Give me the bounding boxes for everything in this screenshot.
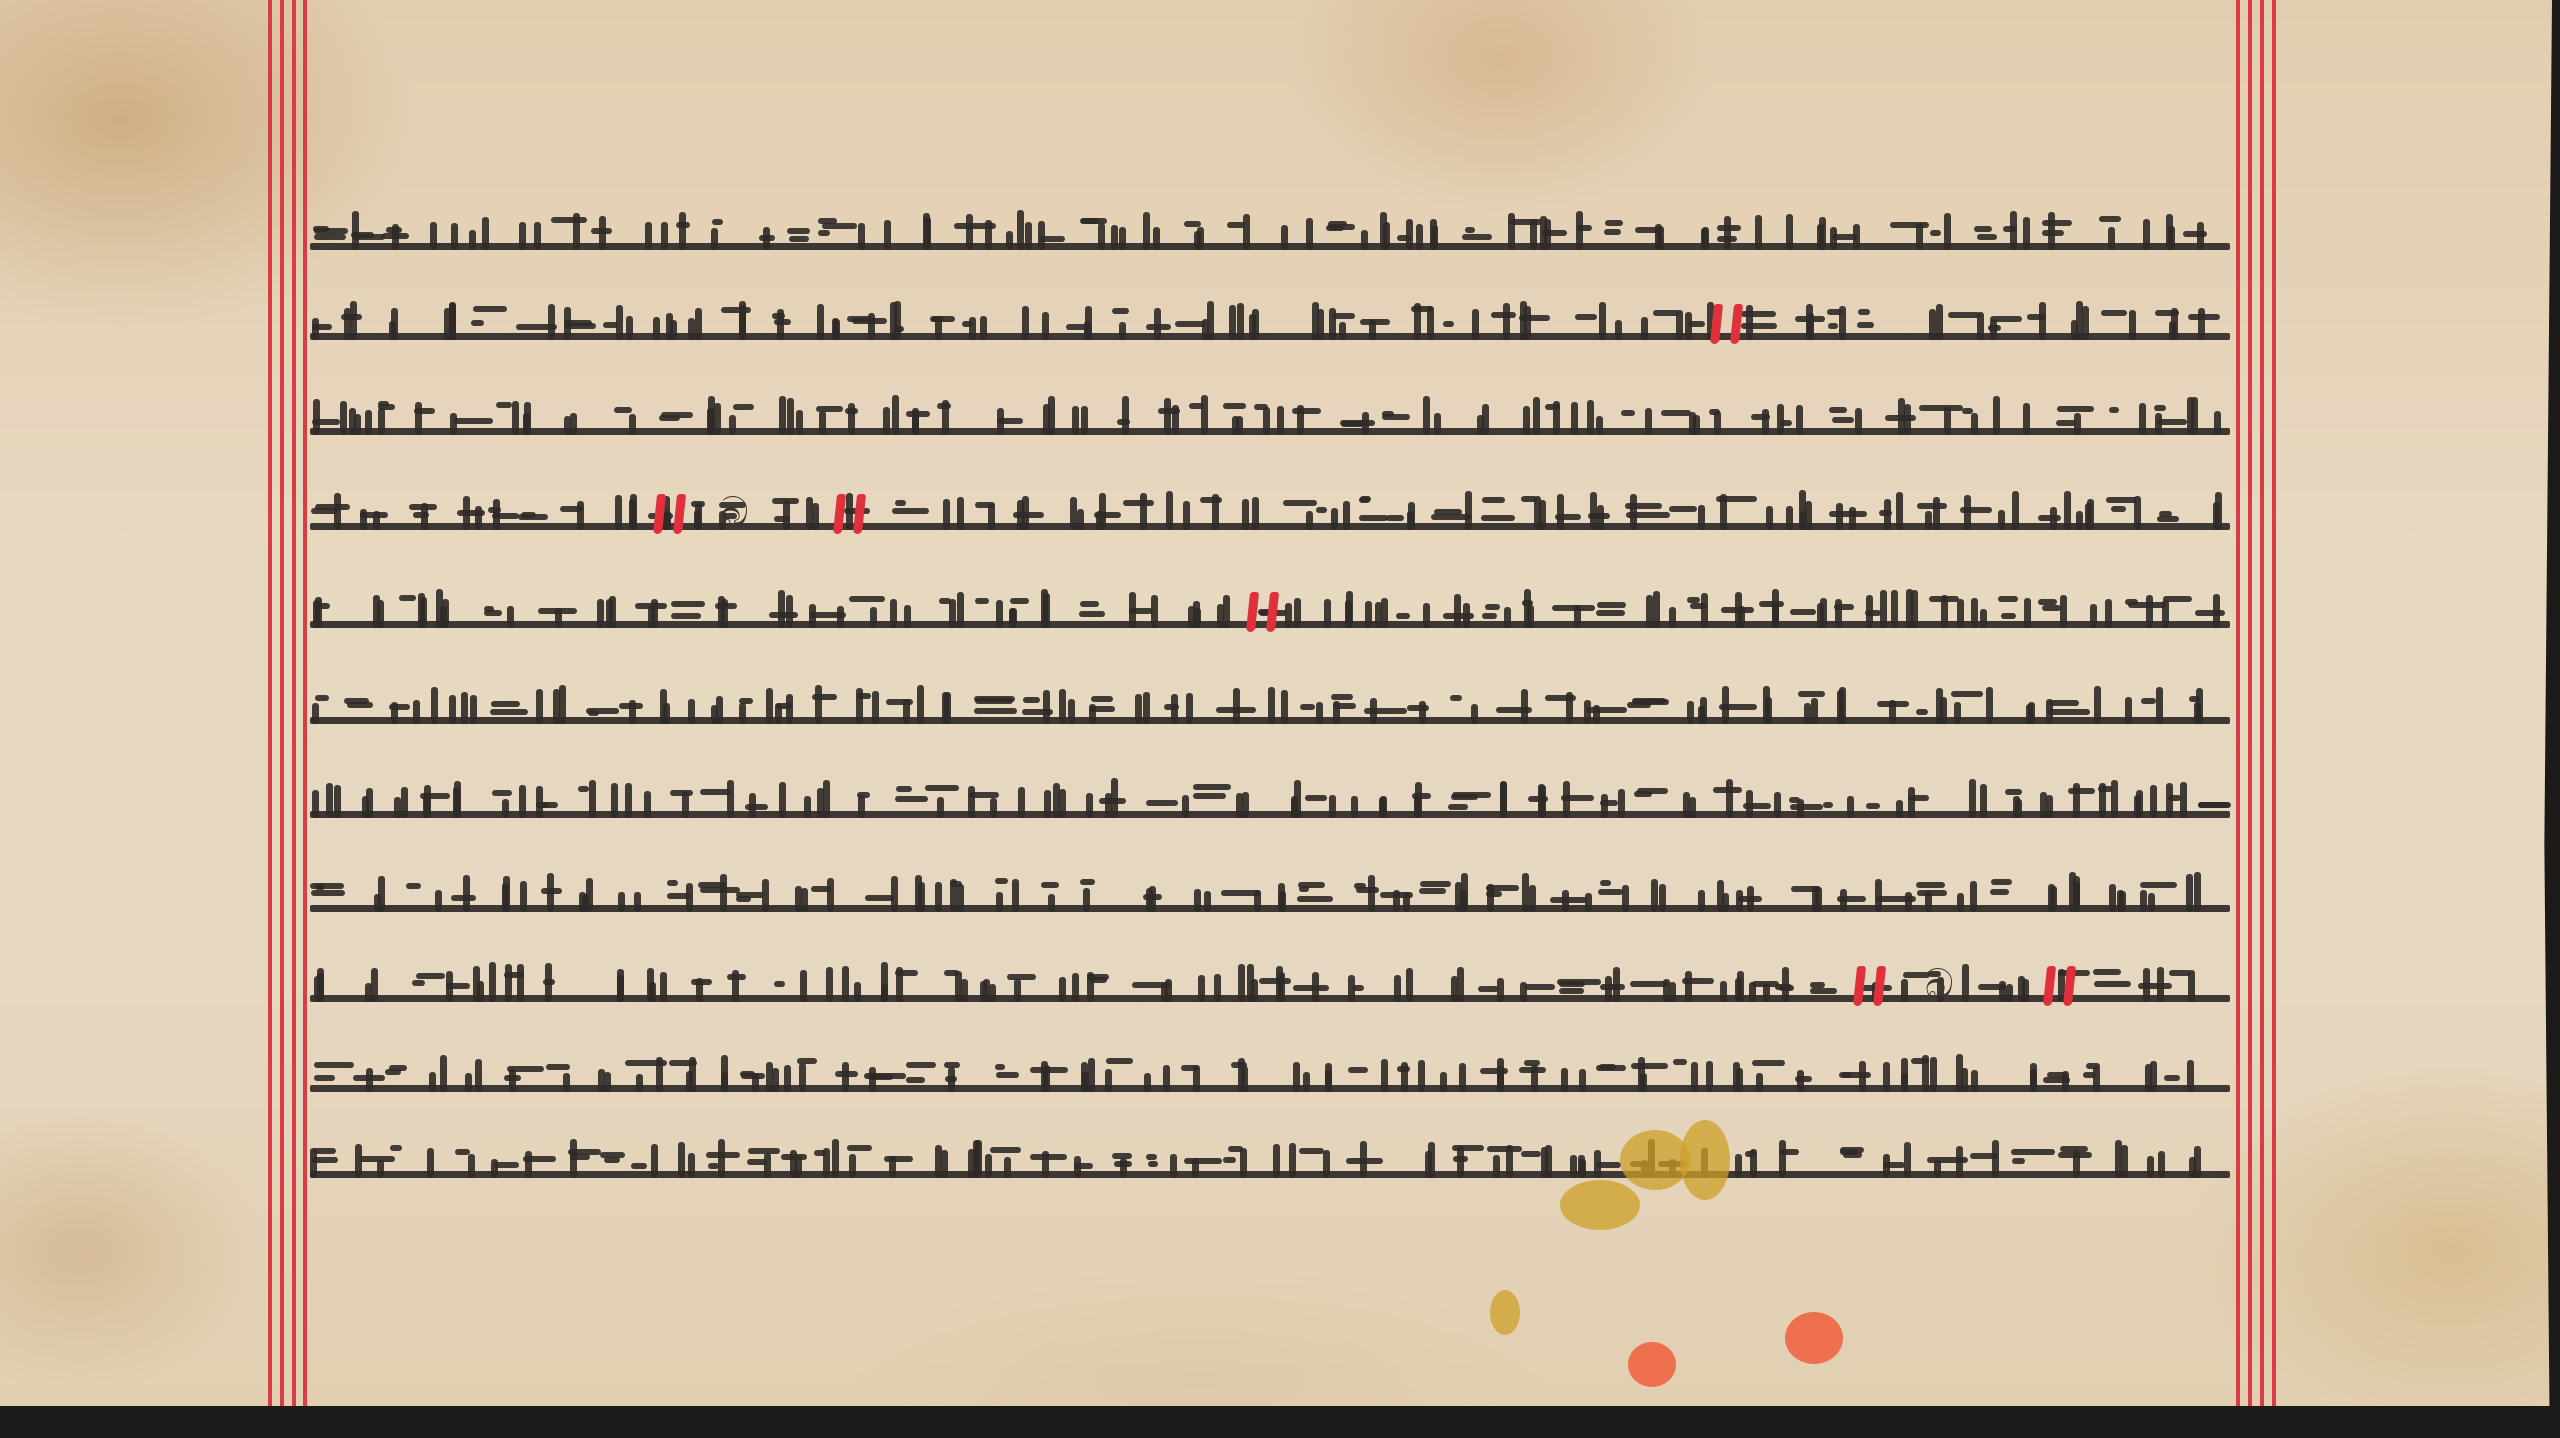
script-glyph	[811, 878, 849, 918]
script-glyph	[1550, 878, 1596, 918]
script-line	[310, 1052, 2230, 1098]
script-glyph	[1265, 1144, 1298, 1184]
script-glyph	[1183, 216, 1213, 256]
script-glyph	[1486, 306, 1516, 346]
script-glyph	[1071, 1058, 1101, 1098]
script-glyph	[2184, 306, 2216, 346]
script-glyph	[700, 401, 728, 441]
script-glyph	[419, 1058, 453, 1098]
script-glyph	[1776, 1144, 1823, 1184]
script-glyph	[2192, 594, 2230, 634]
script-glyph	[1462, 216, 1504, 256]
script-glyph	[2169, 968, 2216, 1008]
script-glyph	[1711, 784, 1743, 824]
script-glyph	[536, 878, 565, 918]
script-glyph	[1441, 594, 1480, 634]
script-glyph	[383, 1058, 419, 1098]
script-glyph	[848, 594, 887, 634]
script-glyph	[1951, 878, 1988, 918]
script-glyph	[1759, 690, 1792, 730]
script-glyph	[1790, 1058, 1836, 1098]
script-glyph	[565, 878, 602, 918]
script-glyph	[2142, 216, 2182, 256]
script-glyph	[1906, 306, 1945, 346]
script-glyph	[1945, 306, 1987, 346]
script-glyph	[1447, 784, 1495, 824]
script-glyph	[2111, 1058, 2158, 1098]
script-line	[310, 490, 2230, 536]
script-glyph	[1973, 216, 2001, 256]
script-glyph	[1091, 496, 1120, 536]
script-glyph	[1239, 496, 1280, 536]
script-glyph	[1833, 878, 1874, 918]
script-glyph	[1395, 216, 1424, 256]
script-glyph	[1874, 878, 1914, 918]
script-glyph	[644, 216, 672, 256]
script-glyph	[738, 690, 774, 730]
script-glyph	[777, 1144, 808, 1184]
script-glyph	[774, 690, 809, 730]
script-glyph	[973, 690, 1020, 730]
script-glyph	[532, 784, 578, 824]
script-glyph	[2122, 784, 2166, 824]
script-glyph	[1037, 216, 1079, 256]
script-glyph	[1551, 594, 1595, 634]
script-glyph	[1825, 496, 1874, 536]
script-line	[310, 300, 2230, 346]
script-glyph	[310, 216, 348, 256]
right-margin-rule	[2248, 0, 2252, 1406]
script-glyph	[590, 216, 630, 256]
script-glyph	[1358, 690, 1404, 730]
script-glyph	[1960, 401, 1993, 441]
script-glyph	[704, 1144, 743, 1184]
script-glyph	[2189, 690, 2229, 730]
script-glyph	[310, 784, 345, 824]
script-glyph	[1914, 878, 1951, 918]
script-glyph	[1860, 594, 1889, 634]
script-glyph	[972, 968, 1005, 1008]
script-glyph	[453, 1144, 489, 1184]
script-glyph	[1792, 690, 1821, 730]
script-glyph	[1480, 594, 1522, 634]
script-glyph	[1865, 784, 1908, 824]
script-glyph	[1313, 1058, 1347, 1098]
yellow-stain	[1560, 1180, 1640, 1230]
script-glyph	[1120, 496, 1159, 536]
script-glyph	[1953, 594, 1997, 634]
script-glyph	[2073, 496, 2106, 536]
script-glyph	[922, 1144, 951, 1184]
script-glyph	[1617, 401, 1661, 441]
script-glyph	[1517, 496, 1552, 536]
script-glyph	[854, 216, 895, 256]
script-glyph	[906, 1058, 939, 1098]
script-glyph	[471, 968, 502, 1008]
script-glyph	[2004, 784, 2032, 824]
script-glyph	[310, 1058, 351, 1098]
script-glyph	[770, 968, 818, 1008]
script-glyph	[1747, 401, 1775, 441]
script-glyph	[2064, 784, 2093, 824]
script-glyph	[874, 401, 904, 441]
script-glyph	[1873, 496, 1913, 536]
script-glyph	[1385, 496, 1416, 536]
script-glyph	[1672, 1058, 1717, 1098]
script-glyph	[1143, 1144, 1183, 1184]
script-glyph	[1507, 401, 1544, 441]
script-glyph	[390, 1144, 439, 1184]
script-glyph	[1161, 690, 1199, 730]
script-glyph	[778, 878, 812, 918]
script-glyph	[671, 216, 709, 256]
script-glyph	[1544, 401, 1586, 441]
script-glyph	[884, 690, 933, 730]
script-glyph	[1743, 784, 1789, 824]
script-glyph	[663, 878, 696, 918]
script-glyph	[451, 784, 489, 824]
script-glyph	[1642, 878, 1688, 918]
script-glyph	[345, 784, 388, 824]
script-glyph	[817, 216, 854, 256]
script-glyph	[2161, 594, 2192, 634]
script-glyph	[2094, 216, 2142, 256]
script-glyph	[2193, 784, 2230, 824]
script-glyph	[2054, 401, 2093, 441]
script-glyph	[363, 878, 404, 918]
script-glyph	[1633, 784, 1672, 824]
script-glyph	[310, 306, 341, 346]
script-glyph	[1495, 690, 1544, 730]
script-glyph	[1293, 968, 1333, 1008]
script-glyph	[2122, 594, 2161, 634]
script-glyph	[1438, 1058, 1476, 1098]
script-glyph	[806, 594, 848, 634]
script-glyph	[1294, 878, 1336, 918]
script-glyph	[735, 1058, 763, 1098]
script-glyph	[1574, 216, 1604, 256]
script-glyph	[984, 1144, 1030, 1184]
right-margin-rule	[2236, 0, 2240, 1406]
script-glyph	[2146, 1144, 2182, 1184]
script-glyph	[1025, 1058, 1071, 1098]
script-glyph	[1880, 401, 1914, 441]
script-glyph	[791, 784, 840, 824]
script-glyph	[939, 1058, 980, 1098]
left-margin-rule	[292, 0, 296, 1406]
script-glyph	[1796, 496, 1825, 536]
script-glyph	[1685, 216, 1715, 256]
script-glyph	[2043, 690, 2092, 730]
script-glyph	[398, 594, 432, 634]
script-glyph	[1076, 878, 1125, 918]
script-glyph	[1909, 1058, 1950, 1098]
script-glyph	[1796, 216, 1830, 256]
script-glyph	[1993, 401, 2041, 441]
script-glyph	[743, 1144, 777, 1184]
script-glyph	[863, 1058, 906, 1098]
script-glyph	[779, 401, 814, 441]
script-glyph	[688, 968, 726, 1008]
script-glyph	[1756, 496, 1796, 536]
script-glyph	[618, 690, 652, 730]
script-glyph	[1226, 216, 1274, 256]
script-glyph	[969, 496, 1013, 536]
script-glyph	[1281, 306, 1328, 346]
script-line	[310, 778, 2230, 824]
script-glyph	[351, 1058, 383, 1098]
script-glyph	[1020, 690, 1057, 730]
script-glyph	[1753, 594, 1787, 634]
script-glyph	[2033, 496, 2073, 536]
script-glyph	[832, 1058, 863, 1098]
script-glyph	[696, 878, 736, 918]
script-glyph	[1144, 784, 1190, 824]
script-glyph	[907, 878, 944, 918]
script-glyph	[763, 1058, 795, 1098]
script-glyph	[310, 496, 346, 536]
script-glyph	[1708, 968, 1747, 1008]
script-glyph	[846, 306, 889, 346]
script-glyph	[2182, 1144, 2212, 1184]
script-glyph	[1057, 690, 1085, 730]
script-glyph	[341, 306, 371, 346]
script-glyph	[756, 216, 787, 256]
script-glyph	[1437, 306, 1486, 346]
script-glyph	[1378, 878, 1418, 918]
script-glyph	[1323, 216, 1357, 256]
script-glyph	[1837, 1144, 1879, 1184]
script-glyph	[938, 496, 969, 536]
script-glyph	[2177, 878, 2216, 918]
script-glyph	[1222, 1144, 1265, 1184]
script-glyph	[1912, 690, 1948, 730]
script-glyph	[1555, 1144, 1590, 1184]
script-glyph	[1898, 968, 1927, 1008]
script-line	[310, 395, 2230, 441]
script-glyph	[1315, 496, 1355, 536]
script-glyph	[699, 784, 745, 824]
script-glyph	[1340, 401, 1377, 441]
script-glyph	[1752, 216, 1797, 256]
script-glyph	[2105, 878, 2137, 918]
script-glyph	[1476, 968, 1520, 1008]
script-glyph	[565, 1144, 599, 1184]
script-glyph	[961, 306, 1000, 346]
script-glyph	[1030, 1144, 1070, 1184]
script-glyph	[2107, 401, 2153, 441]
script-glyph	[1013, 496, 1058, 536]
script-glyph	[1830, 216, 1875, 256]
script-glyph	[842, 401, 874, 441]
script-glyph	[1676, 968, 1708, 1008]
script-glyph	[851, 690, 884, 730]
script-glyph	[1552, 1058, 1595, 1098]
script-glyph	[2055, 1144, 2104, 1184]
script-glyph	[1407, 1144, 1449, 1184]
script-glyph	[1975, 968, 2017, 1008]
script-glyph	[1449, 1144, 1482, 1184]
script-glyph	[1857, 306, 1906, 346]
orange-stain	[1785, 1312, 1843, 1364]
script-glyph	[1213, 690, 1259, 730]
script-glyph	[1350, 784, 1392, 824]
script-glyph	[1447, 690, 1495, 730]
script-glyph	[2078, 594, 2122, 634]
script-glyph	[1713, 690, 1759, 730]
script-glyph	[975, 594, 1008, 634]
script-glyph	[543, 1058, 576, 1098]
script-glyph	[533, 594, 574, 634]
script-glyph	[1197, 496, 1239, 536]
script-glyph	[1478, 496, 1518, 536]
script-glyph	[808, 1144, 845, 1184]
script-glyph	[1519, 968, 1555, 1008]
script-glyph	[2054, 306, 2097, 346]
script-glyph	[725, 968, 769, 1008]
script-glyph	[518, 496, 556, 536]
script-glyph	[963, 784, 1005, 824]
script-glyph	[421, 690, 460, 730]
script-glyph	[1053, 784, 1097, 824]
script-glyph	[489, 1144, 518, 1184]
script-glyph	[813, 401, 842, 441]
script-glyph	[2153, 496, 2196, 536]
script-glyph	[927, 306, 961, 346]
script-glyph	[1907, 784, 1956, 824]
script-glyph	[682, 306, 719, 346]
script-glyph	[1667, 496, 1714, 536]
script-glyph	[385, 306, 424, 346]
script-glyph	[1968, 1144, 2007, 1184]
script-glyph	[1794, 306, 1826, 346]
script-glyph	[1078, 216, 1110, 256]
script-glyph	[420, 216, 468, 256]
script-glyph	[1929, 216, 1959, 256]
script-glyph	[1223, 968, 1260, 1008]
script-glyph	[1008, 594, 1036, 634]
script-glyph	[1552, 496, 1583, 536]
script-glyph	[412, 401, 448, 441]
script-glyph	[2166, 784, 2194, 824]
script-glyph	[795, 1058, 832, 1098]
yellow-stain	[1680, 1120, 1730, 1200]
script-glyph	[1688, 878, 1736, 918]
right-margin-rule	[2272, 0, 2276, 1406]
script-glyph	[2097, 306, 2141, 346]
script-glyph	[512, 216, 547, 256]
script-glyph	[378, 401, 413, 441]
script-glyph	[2020, 878, 2061, 918]
script-glyph	[2042, 1058, 2080, 1098]
script-glyph	[1183, 1144, 1222, 1184]
script-glyph	[1822, 784, 1865, 824]
script-glyph	[745, 784, 791, 824]
script-glyph	[1455, 878, 1483, 918]
script-glyph	[1360, 306, 1409, 346]
script-glyph	[771, 496, 805, 536]
script-glyph	[353, 968, 397, 1008]
script-glyph	[386, 690, 421, 730]
script-glyph	[1259, 690, 1296, 730]
script-glyph	[1913, 401, 1960, 441]
script-glyph	[1280, 1058, 1313, 1098]
script-glyph	[310, 968, 353, 1008]
script-glyph	[349, 401, 378, 441]
manuscript-folio: බබ Aged manuscript leaf with eleven line…	[0, 0, 2552, 1406]
script-glyph	[341, 690, 386, 730]
script-glyph	[1517, 1144, 1555, 1184]
script-glyph	[1356, 216, 1395, 256]
script-glyph	[719, 306, 756, 346]
script-glyph	[697, 690, 738, 730]
script-glyph	[609, 401, 657, 441]
script-glyph	[460, 690, 489, 730]
script-glyph	[563, 401, 609, 441]
script-glyph	[424, 306, 467, 346]
script-glyph	[1005, 784, 1053, 824]
script-glyph	[1599, 968, 1629, 1008]
script-glyph	[1789, 878, 1833, 918]
script-glyph	[882, 1144, 922, 1184]
script-glyph	[1141, 306, 1174, 346]
script-glyph	[1298, 1144, 1345, 1184]
script-glyph	[1956, 784, 2004, 824]
script-glyph	[2137, 878, 2177, 918]
script-glyph	[1101, 1058, 1141, 1098]
yellow-stain	[1490, 1290, 1520, 1335]
script-glyph	[850, 968, 894, 1008]
script-glyph	[1595, 594, 1640, 634]
script-glyph	[1747, 968, 1776, 1008]
script-glyph	[1324, 594, 1358, 634]
script-glyph	[448, 401, 491, 441]
script-glyph	[1174, 306, 1220, 346]
script-glyph	[419, 784, 451, 824]
script-glyph	[1670, 690, 1713, 730]
script-glyph	[1227, 1058, 1266, 1098]
script-glyph	[489, 784, 533, 824]
script-glyph	[1189, 401, 1220, 441]
script-glyph	[1595, 1058, 1630, 1098]
script-glyph	[993, 216, 1037, 256]
script-glyph	[1835, 690, 1875, 730]
script-glyph	[2032, 784, 2065, 824]
script-glyph	[889, 496, 938, 536]
script-glyph	[1672, 784, 1711, 824]
script-glyph	[1826, 306, 1857, 346]
script-glyph	[736, 878, 778, 918]
script-glyph	[640, 968, 687, 1008]
script-glyph	[935, 401, 980, 441]
script-glyph	[1110, 1144, 1143, 1184]
script-glyph	[1494, 784, 1522, 824]
script-glyph	[668, 784, 699, 824]
script-glyph	[1052, 968, 1087, 1008]
script-glyph	[1086, 968, 1118, 1008]
script-glyph	[1913, 496, 1959, 536]
script-glyph	[564, 306, 603, 346]
script-glyph	[488, 496, 518, 536]
script-glyph	[483, 594, 519, 634]
script-line	[310, 872, 2230, 918]
script-glyph	[1404, 690, 1447, 730]
script-glyph	[1392, 1058, 1438, 1098]
script-glyph	[1503, 216, 1540, 256]
script-glyph	[500, 878, 536, 918]
script-glyph	[667, 594, 714, 634]
script-glyph	[1110, 216, 1139, 256]
